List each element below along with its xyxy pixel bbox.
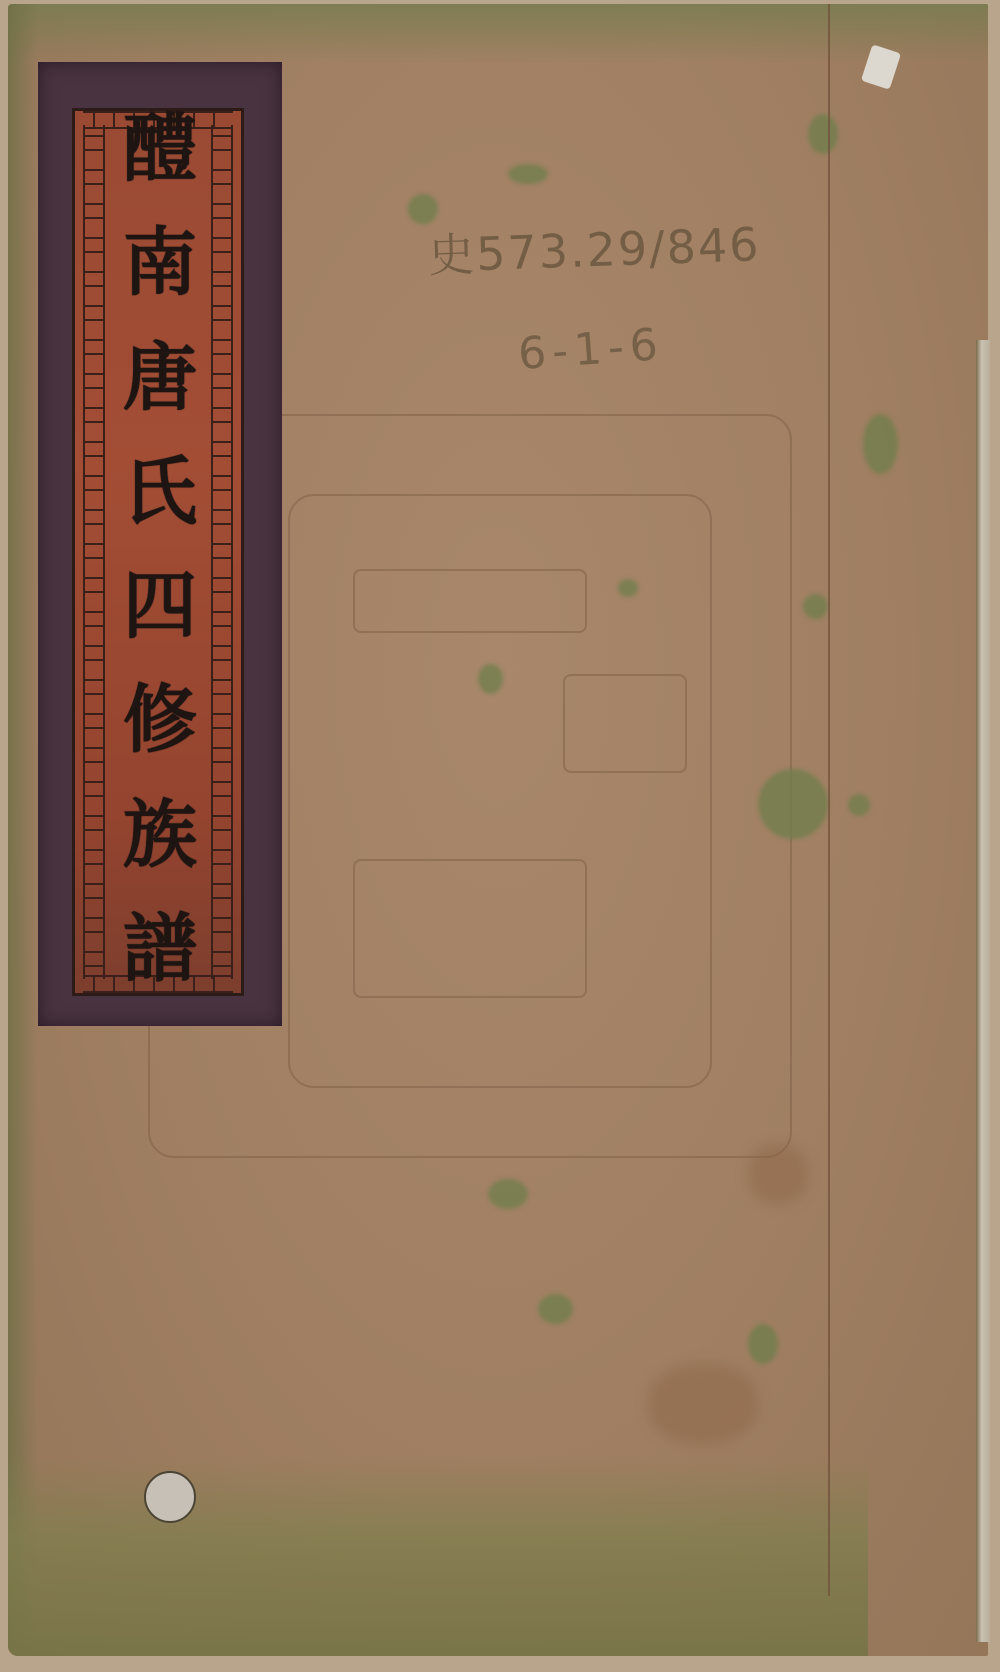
mold-stain-left bbox=[8, 4, 38, 1656]
binding-hole bbox=[144, 1471, 196, 1523]
title-char: 南 bbox=[123, 226, 197, 300]
title-char: 氏 bbox=[123, 455, 197, 529]
page-edge bbox=[976, 340, 990, 1642]
pencil-call-number: 史573.29/846 bbox=[427, 208, 761, 286]
title-char: 醴 bbox=[123, 112, 197, 186]
title-char: 唐 bbox=[123, 341, 197, 415]
spine-fold-line bbox=[828, 4, 830, 1596]
pencil-volume-number: 6-1-6 bbox=[516, 319, 665, 380]
book-cover: 醴 南 唐 氏 四 修 族 譜 史573.29/846 6-1-6 bbox=[8, 4, 988, 1656]
title-char: 修 bbox=[123, 683, 197, 757]
title-char: 族 bbox=[123, 798, 197, 872]
embossed-pattern-bar bbox=[353, 569, 587, 633]
mold-stain-bottom bbox=[8, 1456, 868, 1656]
mold-stain-top bbox=[8, 4, 988, 64]
embossed-pattern-side bbox=[563, 674, 687, 773]
title-char: 譜 bbox=[123, 912, 197, 986]
title-char: 四 bbox=[123, 569, 197, 643]
embossed-pattern-box bbox=[353, 859, 587, 998]
title-label: 醴 南 唐 氏 四 修 族 譜 bbox=[38, 62, 282, 1026]
title-text: 醴 南 唐 氏 四 修 族 譜 bbox=[76, 112, 244, 986]
